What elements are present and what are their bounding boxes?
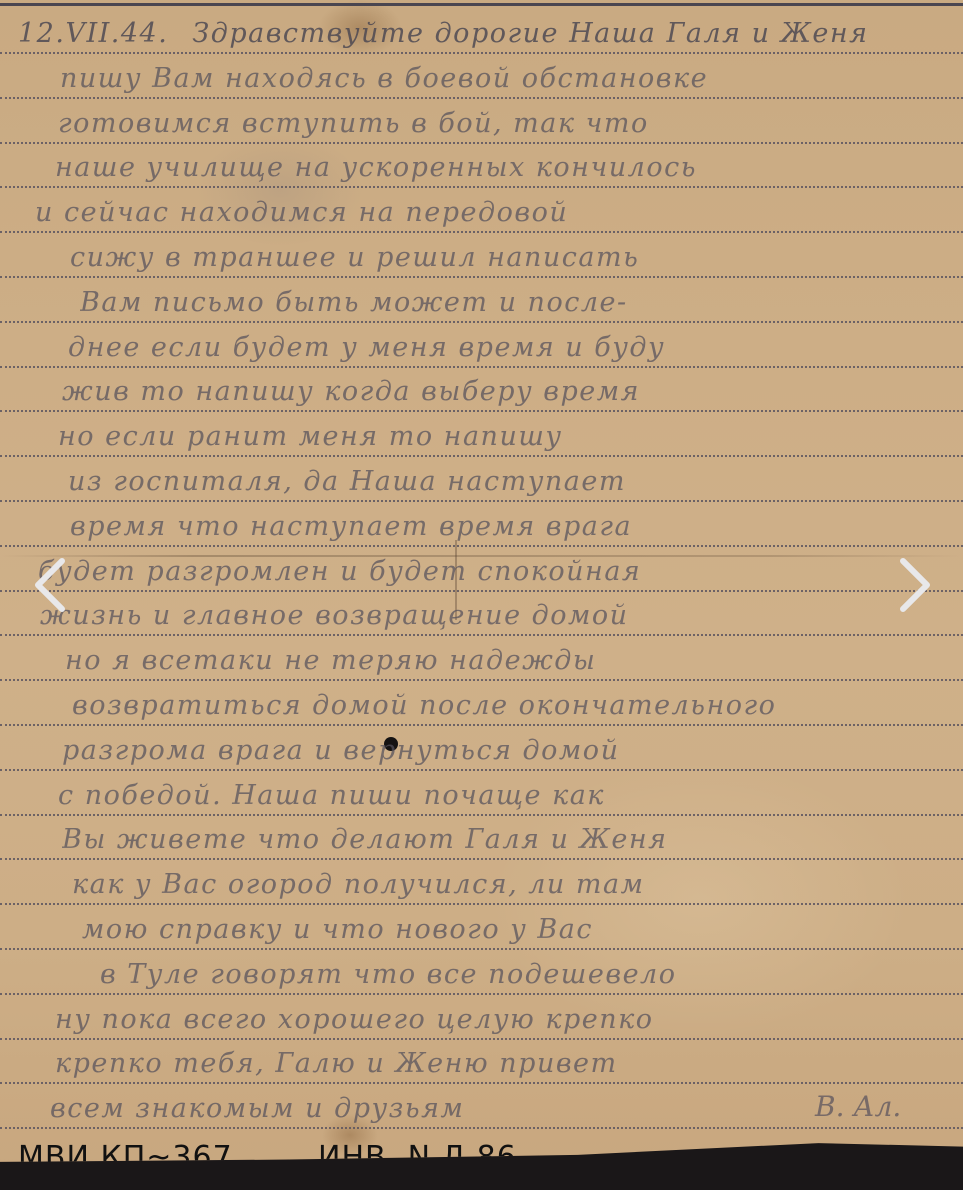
ruled-line	[0, 186, 963, 188]
ruled-line	[0, 1127, 963, 1129]
letter-line: с победой. Наша пиши почаще как	[58, 780, 963, 811]
letter-line: из госпиталя, да Наша наступает	[68, 466, 963, 497]
letter-line: пишу Вам находясь в боевой обстановке	[60, 63, 963, 94]
inventory-number: ИНВ. N Д 86	[318, 1140, 517, 1175]
ruled-line	[0, 814, 963, 816]
ruled-line	[0, 858, 963, 860]
ruled-line	[0, 410, 963, 412]
letter-line: днее если будет у меня время и буду	[68, 332, 963, 363]
ruled-line	[0, 500, 963, 502]
ruled-line	[0, 590, 963, 592]
letter-line: но если ранит меня то напишу	[58, 421, 963, 452]
museum-catalog-number: МВИ КП~367	[18, 1140, 233, 1175]
ruled-line	[0, 1038, 963, 1040]
ruled-line	[0, 276, 963, 278]
chevron-left-icon	[28, 555, 72, 615]
letter-line: готовимся вступить в бой, так что	[58, 108, 963, 139]
letter-line: жизнь и главное возвращение домой	[40, 600, 963, 631]
previous-image-button[interactable]	[28, 555, 72, 615]
next-image-button[interactable]	[893, 555, 937, 615]
ruled-line	[0, 231, 963, 233]
letter-line: будет разгромлен и будет спокойная	[38, 556, 963, 587]
top-border-line	[0, 3, 963, 6]
image-viewer: 12.VII.44. Здравствуйте дорогие Наша Гал…	[0, 0, 963, 1190]
letter-line: Вам письмо быть может и после-	[80, 287, 963, 318]
letter-page: 12.VII.44. Здравствуйте дорогие Наша Гал…	[0, 0, 963, 1176]
ruled-line	[0, 455, 963, 457]
ruled-line	[0, 545, 963, 547]
letter-line: крепко тебя, Галю и Женю привет	[55, 1048, 963, 1079]
letter-line: время что наступает время врага	[70, 511, 963, 542]
letter-line: разгрома врага и вернуться домой	[62, 735, 963, 766]
letter-line: сижу в траншее и решил написать	[70, 242, 963, 273]
letter-line: в Туле говорят что все подешевело	[100, 959, 963, 990]
ruled-line	[0, 769, 963, 771]
ruled-line	[0, 634, 963, 636]
letter-line: наше училище на ускоренных кончилось	[55, 152, 963, 183]
letter-line: и сейчас находимся на передовой	[35, 197, 963, 228]
letter-line: возвратиться домой после окончательного	[72, 690, 963, 721]
letter-line: как у Вас огород получился, ли там	[72, 869, 963, 900]
ruled-line	[0, 366, 963, 368]
letter-line: жив то напишу когда выберу время	[62, 376, 963, 407]
ruled-line	[0, 52, 963, 54]
letter-line: Вы живете что делают Галя и Женя	[62, 824, 963, 855]
ruled-line	[0, 1172, 963, 1174]
ruled-line	[0, 97, 963, 99]
letter-line: мою справку и что нового у Вас	[82, 914, 963, 945]
ruled-line	[0, 724, 963, 726]
ruled-line	[0, 993, 963, 995]
ruled-line	[0, 321, 963, 323]
chevron-right-icon	[893, 555, 937, 615]
ruled-line	[0, 903, 963, 905]
ruled-line	[0, 948, 963, 950]
ruled-line	[0, 1082, 963, 1084]
signature: В. Ал.	[815, 1090, 901, 1123]
ruled-line	[0, 142, 963, 144]
letter-date: 12.VII.44.	[18, 18, 168, 49]
letter-line: но я всетаки не теряю надежды	[65, 645, 963, 676]
letter-date-line: 12.VII.44. Здравствуйте дорогие Наша Гал…	[18, 18, 963, 49]
letter-line: ну пока всего хорошего целую крепко	[55, 1004, 963, 1035]
ruled-line	[0, 679, 963, 681]
letter-line: Здравствуйте дорогие Наша Галя и Женя	[192, 18, 868, 49]
